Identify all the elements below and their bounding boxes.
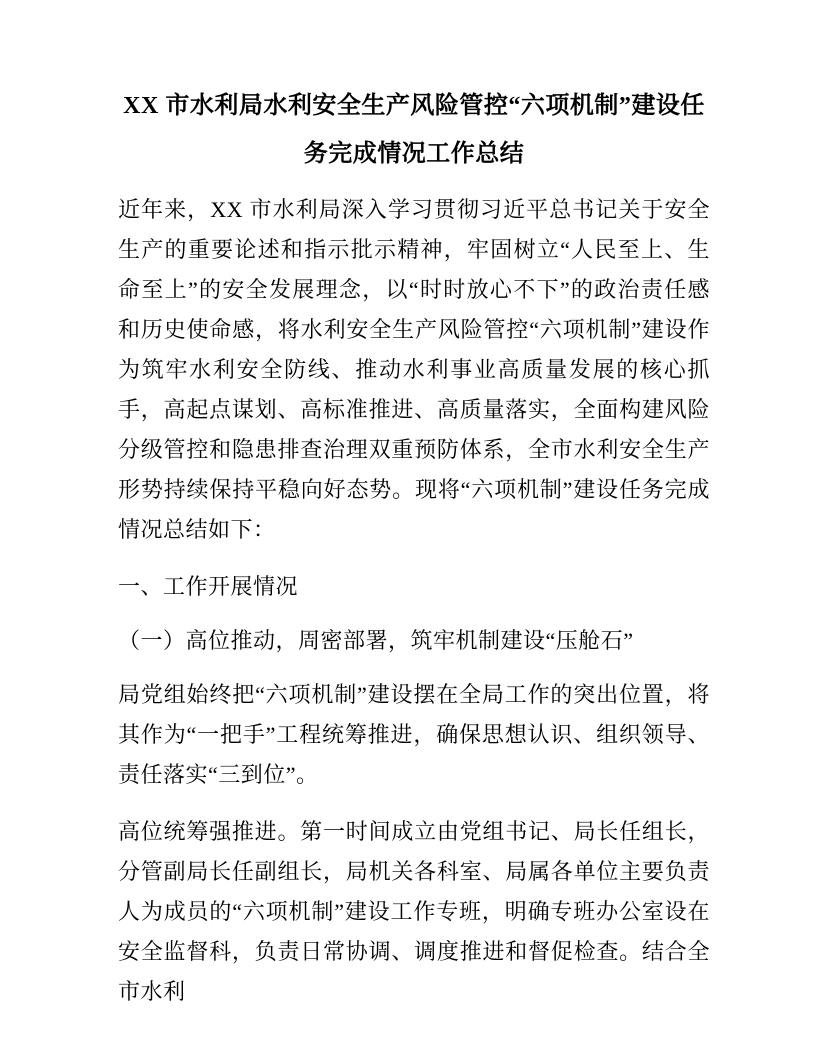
intro-paragraph: 近年来，XX 市水利局深入学习贯彻习近平总书记关于安全生产的重要论述和指示批示精… — [118, 190, 710, 550]
section-heading-1: 一、工作开展情况 — [118, 567, 710, 607]
document-page: XX 市水利局水利安全生产风险管控“六项机制”建设任务完成情况工作总结 近年来，… — [0, 0, 816, 1056]
body-paragraph-2: 高位统筹强推进。第一时间成立由党组书记、局长任组长，分管副局长任副组长，局机关各… — [118, 812, 710, 1012]
body-paragraph-1: 局党组始终把“六项机制”建设摆在全局工作的突出位置，将其作为“一把手”工程统筹推… — [118, 675, 710, 795]
document-title: XX 市水利局水利安全生产风险管控“六项机制”建设任务完成情况工作总结 — [118, 82, 710, 178]
subsection-heading-1-1: （一）高位推动，周密部署，筑牢机制建设“压舱石” — [118, 621, 710, 661]
